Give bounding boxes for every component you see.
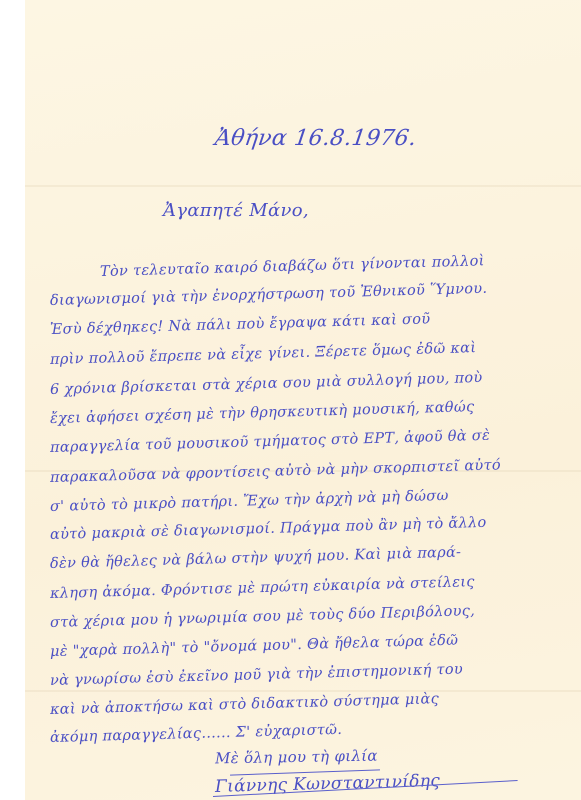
paper-crease <box>25 690 581 692</box>
body-line: στὰ χέρια μου ἡ γνωριμία σου μὲ τοὺς δύο… <box>50 603 476 631</box>
closing-line: Μὲ ὅλη μου τὴ φιλία <box>215 747 378 768</box>
body-line: 6 χρόνια βρίσκεται στὰ χέρια σου μιὰ συλ… <box>50 370 483 398</box>
body-line: παρακαλοῦσα νὰ φροντίσεις αὐτὸ νὰ μὴν σκ… <box>50 457 501 486</box>
body-line: καὶ νὰ ἀποκτήσω καὶ στὸ διδακτικὸ σύστημ… <box>50 691 440 718</box>
body-line: διαγωνισμοί γιὰ τὴν ἐνορχήστρωση τοῦ Ἐθν… <box>50 281 488 309</box>
body-line: Τὸν τελευταῖο καιρό διαβάζω ὅτι γίνονται… <box>100 253 485 280</box>
body-line: νὰ γνωρίσω ἐσὺ ἐκεῖνο μοῦ γιὰ τὴν ἐπιστη… <box>50 661 463 689</box>
body-line: πρὶν πολλοῦ ἔπρεπε νὰ εἶχε γίνει. Ξέρετε… <box>50 340 477 368</box>
salutation: Ἀγαπητέ Μάνο, <box>163 200 309 221</box>
body-line: Ἐσὺ δέχθηκες! Νὰ πάλι ποὺ ἔγραψα κάτι κα… <box>50 311 431 338</box>
date-line: Ἀθήνα 16.8.1976. <box>213 126 418 151</box>
body-line: κληση ἀκόμα. Φρόντισε μὲ πρώτη εὐκαιρία … <box>50 574 475 602</box>
body-line: ἔχει ἀφήσει σχέση μὲ τὴν θρησκευτικὴ μου… <box>50 399 475 427</box>
letter-paper: Ἀθήνα 16.8.1976. Ἀγαπητέ Μάνο, Τὸν τελευ… <box>25 0 581 800</box>
body-line: μὲ "χαρὰ πολλὴ" τὸ "ὄνομά μου". Θὰ ἤθελα… <box>50 633 459 660</box>
body-line: αὐτὸ μακριὰ σὲ διαγωνισμοί. Πράγμα ποὺ ἂ… <box>50 515 487 543</box>
body-line: δὲν θὰ ἤθελες νὰ βάλω στὴν ψυχή μου. Καὶ… <box>50 545 462 572</box>
body-line: παραγγελία τοῦ μουσικοῦ τμήματος στὸ ΕΡΤ… <box>50 428 491 456</box>
paper-crease <box>25 185 581 187</box>
body-line: ἀκόμη παραγγελίας...... Σ' εὐχαριστῶ. <box>50 722 343 746</box>
body-line: σ' αὐτὸ τὸ μικρὸ πατήρι. Ἔχω τὴν ἀρχὴ νὰ… <box>50 488 449 515</box>
